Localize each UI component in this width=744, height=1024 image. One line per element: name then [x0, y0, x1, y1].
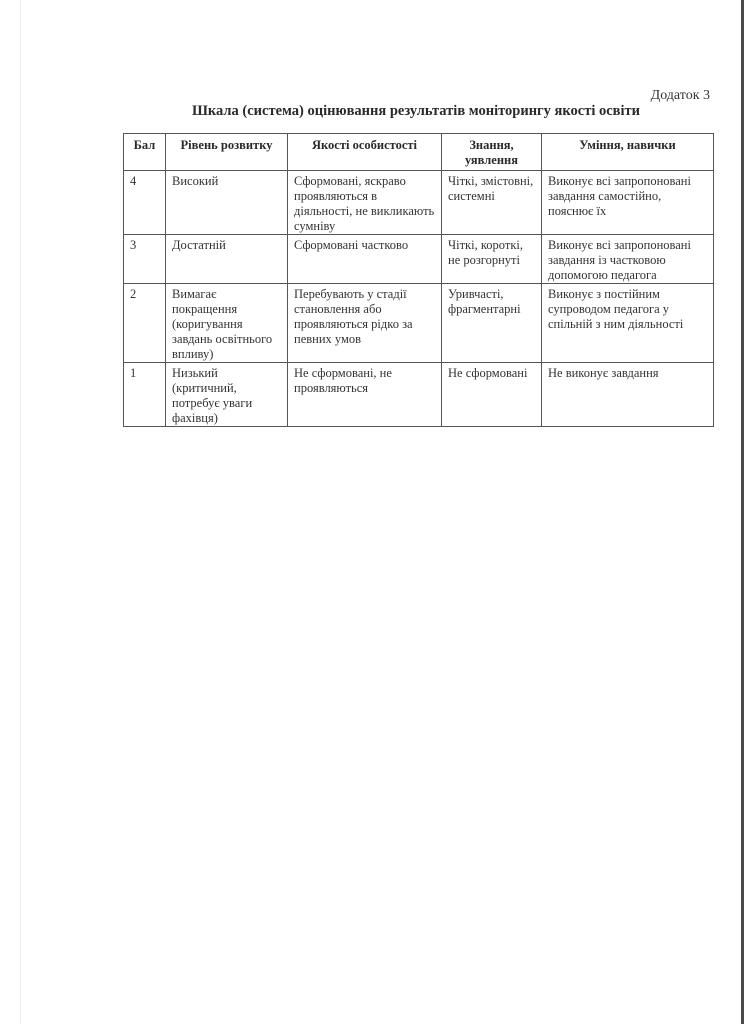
cell-knowledge: Уривчасті, фрагментарні	[442, 284, 542, 363]
cell-skills: Не виконує завдання	[542, 363, 714, 427]
cell-qualities: Не сформовані, не проявляються	[288, 363, 442, 427]
cell-score: 1	[124, 363, 166, 427]
cell-level: Достатній	[166, 235, 288, 284]
cell-skills: Виконує всі запропоновані завдання самос…	[542, 171, 714, 235]
header-qualities: Якості особистості	[288, 134, 442, 171]
appendix-label: Додаток 3	[651, 88, 710, 104]
cell-qualities: Перебувають у стадії становлення або про…	[288, 284, 442, 363]
cell-level: Вимагає покращення (коригування завдань …	[166, 284, 288, 363]
cell-score: 2	[124, 284, 166, 363]
cell-qualities: Сформовані частково	[288, 235, 442, 284]
cell-score: 3	[124, 235, 166, 284]
evaluation-scale-table: Бал Рівень розвитку Якості особистості З…	[123, 133, 714, 427]
cell-skills: Виконує всі запропоновані завдання із ча…	[542, 235, 714, 284]
cell-level: Високий	[166, 171, 288, 235]
cell-level: Низький (критичний, потребує уваги фахів…	[166, 363, 288, 427]
cell-knowledge: Не сформовані	[442, 363, 542, 427]
cell-qualities: Сформовані, яскраво проявляються в діяль…	[288, 171, 442, 235]
scan-artifact-left-line	[20, 0, 21, 1024]
table-header-row: Бал Рівень розвитку Якості особистості З…	[124, 134, 714, 171]
cell-score: 4	[124, 171, 166, 235]
table-row: 1 Низький (критичний, потребує уваги фах…	[124, 363, 714, 427]
table-row: 4 Високий Сформовані, яскраво проявляють…	[124, 171, 714, 235]
cell-knowledge: Чіткі, змістовні, системні	[442, 171, 542, 235]
document-title: Шкала (система) оцінювання результатів м…	[120, 103, 712, 120]
header-skills: Уміння, навички	[542, 134, 714, 171]
header-knowledge: Знання, уявлення	[442, 134, 542, 171]
table-row: 3 Достатній Сформовані частково Чіткі, к…	[124, 235, 714, 284]
header-level: Рівень розвитку	[166, 134, 288, 171]
cell-knowledge: Чіткі, короткі, не розгорнуті	[442, 235, 542, 284]
cell-skills: Виконує з постійним супроводом педагога …	[542, 284, 714, 363]
table-row: 2 Вимагає покращення (коригування завдан…	[124, 284, 714, 363]
header-score: Бал	[124, 134, 166, 171]
